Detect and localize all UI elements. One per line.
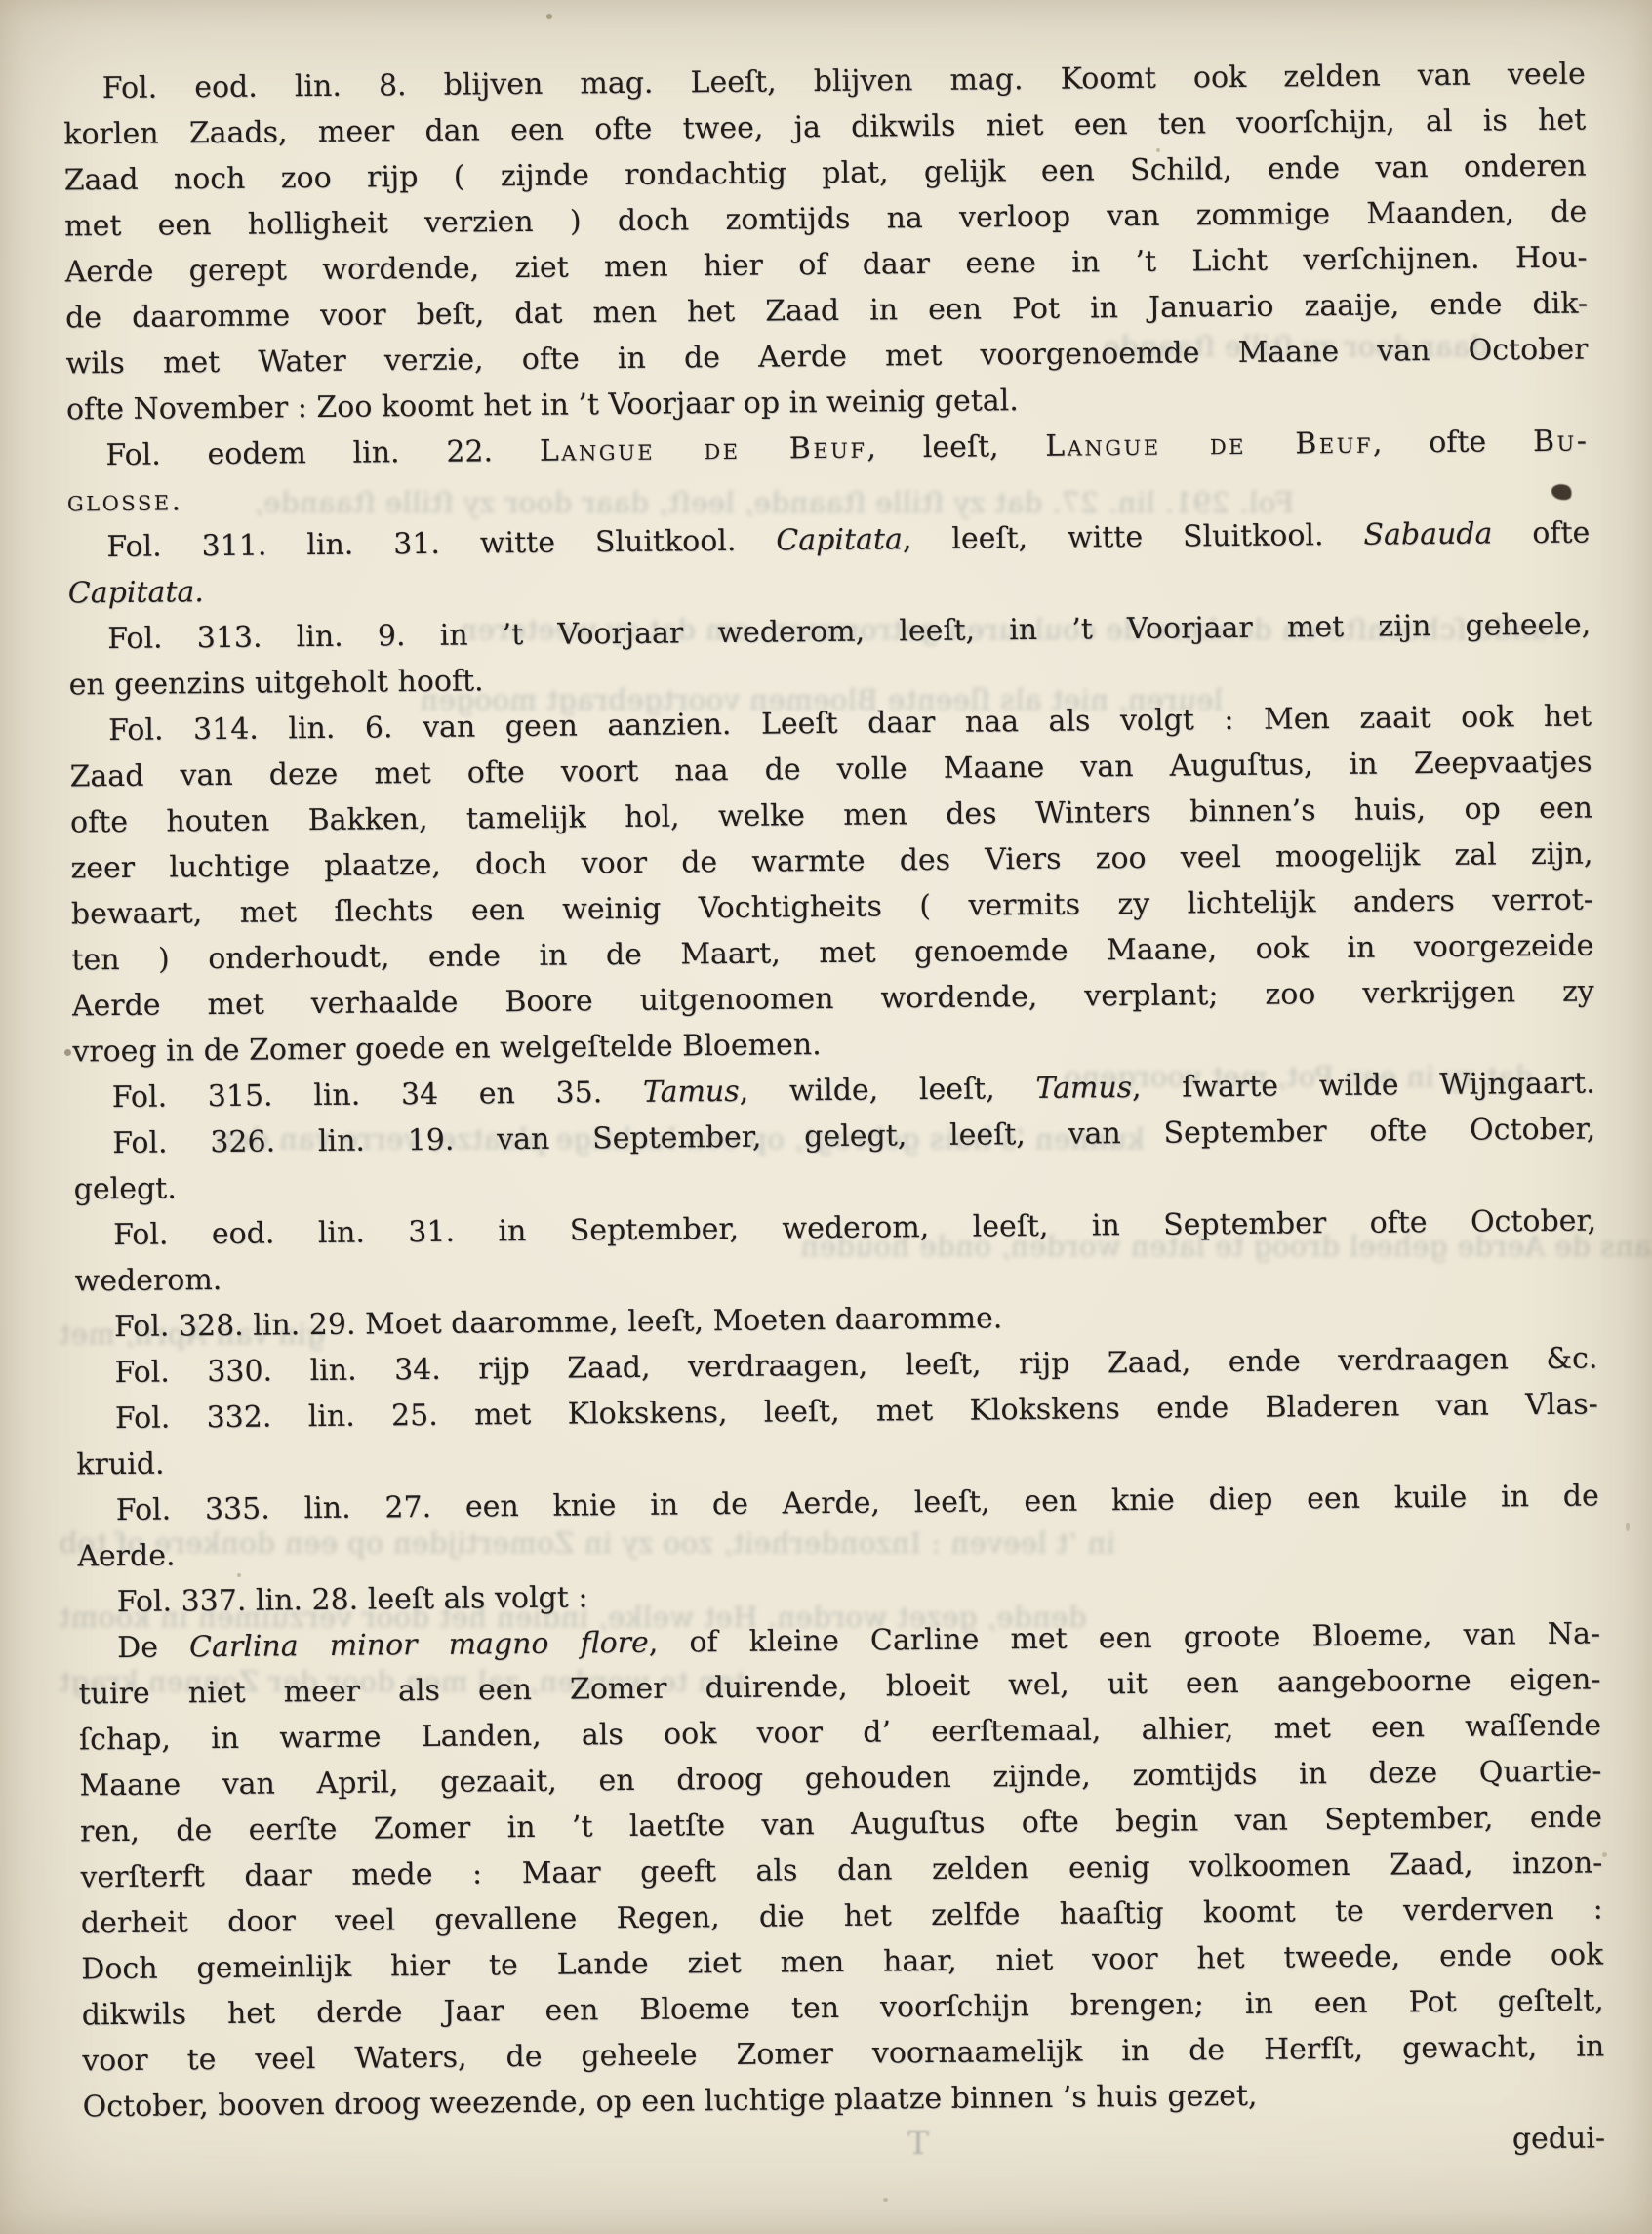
roman-text: Fol. eodem lin. 22. (105, 434, 540, 472)
roman-text: Fol. 328. lin. 29. Moet daaromme, leeſt,… (114, 1301, 1003, 1344)
smallcaps-text: Bu- (1533, 425, 1590, 460)
text-block: Fol. eod. lin. 8. blijven mag. Leeſt, bl… (63, 52, 1606, 2176)
text-lines: Fol. eod. lin. 8. blijven mag. Leeſt, bl… (63, 52, 1605, 2131)
roman-text: wils met Water verzie, ofte in de Aerde … (65, 333, 1588, 382)
book-page-scan: { "page": { "catchword": "gedui-", "sign… (0, 0, 1652, 2234)
italic-text: Sabauda (1363, 517, 1492, 552)
roman-text: Aerde. (77, 1539, 176, 1574)
smallcaps-text: glosse. (67, 483, 183, 518)
smallcaps-text: Langue de Beuf (540, 431, 867, 468)
roman-text: October, booven droog weezende, op een l… (83, 2079, 1258, 2125)
roman-text: , leeſt, witte Sluitkool. (903, 518, 1364, 557)
roman-text: gelegt. (74, 1171, 177, 1206)
roman-text: kruid. (76, 1447, 165, 1483)
roman-text: , ofte (1373, 425, 1533, 461)
italic-text: Tamus (1035, 1071, 1132, 1106)
roman-text: Fol. 335. lin. 27. een knie in de Aerde,… (116, 1480, 1599, 1528)
italic-text: Carlina minor magno flore (189, 1626, 649, 1665)
roman-text: Aerde met verhaalde Boore uitgenoomen wo… (72, 975, 1594, 1024)
italic-text: Capitata (776, 522, 903, 557)
roman-text: Fol. eod. lin. 8. blijven mag. Leeſt, bl… (102, 58, 1586, 106)
italic-text: Capitata. (68, 575, 204, 610)
roman-text: en geenzins uitgeholt hooft. (69, 664, 484, 702)
roman-text: Fol. 313. lin. 9. in ’t Voorjaar wederom… (107, 608, 1591, 657)
roman-text: De (117, 1630, 189, 1665)
italic-text: Tamus (643, 1075, 740, 1110)
roman-text: Fol. eod. lin. 31. in September, wederom… (113, 1204, 1596, 1253)
roman-text: ofte (1492, 516, 1590, 551)
roman-text: Fol. 337. lin. 28. leeſt als volgt : (117, 1580, 588, 1619)
roman-text: vroeg in de Zomer goede en welgeſtelde B… (72, 1028, 822, 1069)
roman-text: Fol. 326. lin. 19. van September, gelegt… (112, 1113, 1595, 1161)
roman-text: Fol. 332. lin. 25. met Klokskens, leeſt,… (115, 1388, 1598, 1437)
roman-text: voor te veel Waters, de geheele Zomer vo… (82, 2029, 1604, 2078)
roman-text: Fol. 314. lin. 6. van geen aanzien. Leeſ… (108, 700, 1592, 749)
roman-text: Fol. 330. lin. 34. rijp Zaad, verdraagen… (114, 1342, 1597, 1391)
roman-text: , leeſt, (866, 429, 1045, 466)
roman-text: , wilde, leeſt, (739, 1072, 1035, 1109)
roman-text: , of kleine Carline met een groote Bloem… (649, 1616, 1601, 1659)
roman-text: , ſwarte wilde Wijngaart. (1132, 1067, 1595, 1106)
roman-text: Fol. 315. lin. 34 en 35. (112, 1076, 643, 1115)
roman-text: wederom. (74, 1263, 222, 1298)
roman-text: ofte November : Zoo koomt het in ’t Voor… (66, 384, 1019, 426)
smallcaps-text: Langue de Beuf (1045, 426, 1373, 464)
roman-text: Fol. 311. lin. 31. witte Sluitkool. (106, 524, 776, 565)
